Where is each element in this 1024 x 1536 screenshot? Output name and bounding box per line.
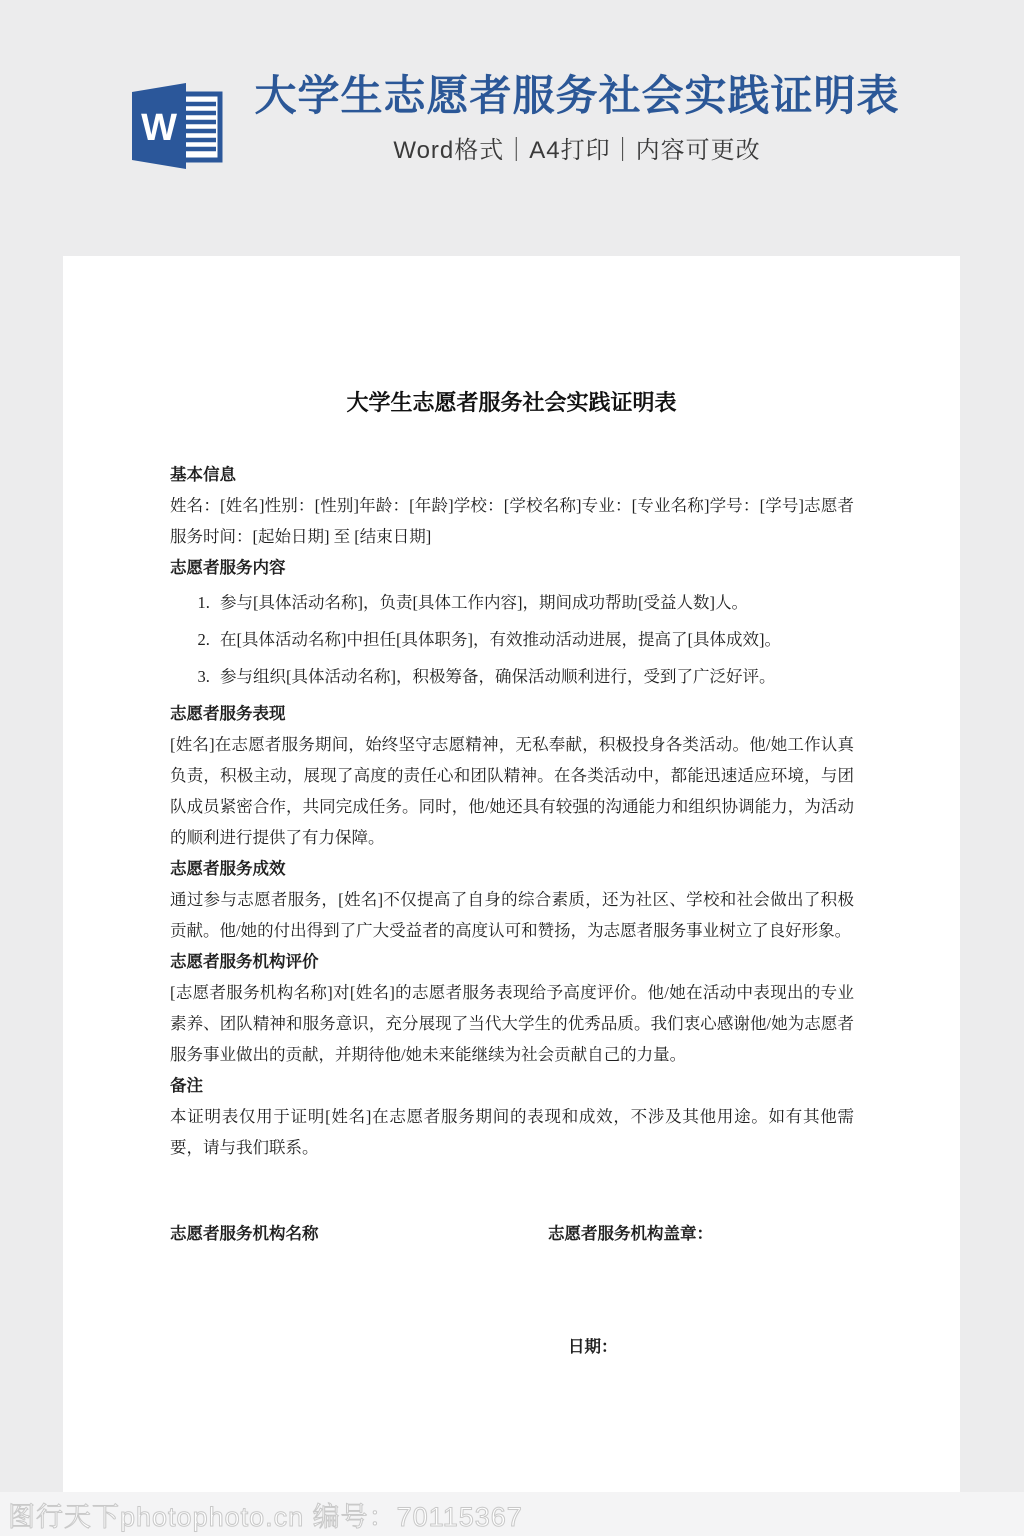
date-label: 日期： [568,1337,618,1356]
section-paragraph: [志愿者服务机构名称]对[姓名]的志愿者服务表现给予高度评价。他/她在活动中表现… [170,977,854,1070]
footer-bar: 图行天下photophoto.cn 编号：70115367 [0,1492,1024,1536]
section-paragraph: 姓名：[姓名]性别：[性别]年龄：[年龄]学校：[学校名称]专业：[专业名称]学… [170,490,854,552]
watermark-text: 图行天下photophoto.cn 编号：70115367 [8,1495,523,1534]
section-heading: 基本信息 [170,459,854,490]
section-heading: 志愿者服务表现 [170,698,854,729]
section-paragraph: [姓名]在志愿者服务期间，始终坚守志愿精神，无私奉献，积极投身各类活动。他/她工… [170,729,854,853]
section-paragraph: 本证明表仅用于证明[姓名]在志愿者服务期间的表现和成效，不涉及其他用途。如有其他… [170,1101,854,1163]
document-content: 基本信息姓名：[姓名]性别：[性别]年龄：[年龄]学校：[学校名称]专业：[专业… [170,459,854,1362]
section-heading: 备注 [170,1070,854,1101]
section-heading: 志愿者服务内容 [170,552,854,583]
word-icon: W [124,78,226,174]
list-item: 参与[具体活动名称]，负责[具体工作内容]，期间成功帮助[受益人数]人。 [214,587,854,618]
header-text: 大学生志愿者服务社会实践证明表 Word格式｜A4打印｜内容可更改 [254,72,899,165]
org-name-label: 志愿者服务机构名称 [170,1224,319,1243]
section-heading: 志愿者服务机构评价 [170,946,854,977]
doc-sections: 基本信息姓名：[姓名]性别：[性别]年龄：[年龄]学校：[学校名称]专业：[专业… [170,459,854,1163]
header-subtitle: Word格式｜A4打印｜内容可更改 [393,130,760,165]
date-row: 日期： [170,1331,854,1362]
document-page: 大学生志愿者服务社会实践证明表 基本信息姓名：[姓名]性别：[性别]年龄：[年龄… [63,256,960,1492]
list-item: 参与组织[具体活动名称]，积极筹备，确保活动顺利进行，受到了广泛好评。 [214,661,854,692]
document-title: 大学生志愿者服务社会实践证明表 [63,256,960,417]
list-item: 在[具体活动名称]中担任[具体职务]，有效推动活动进展，提高了[具体成效]。 [214,624,854,655]
seal-label: 志愿者服务机构盖章： [548,1218,713,1249]
header: W 大学生志愿者服务社会实践证明表 Word格式｜A4打印｜内容可更改 [0,72,1024,174]
signature-row: 志愿者服务机构名称 志愿者服务机构盖章： [170,1218,854,1249]
word-icon-letter: W [142,107,178,149]
section-paragraph: 通过参与志愿者服务，[姓名]不仅提高了自身的综合素质，还为社区、学校和社会做出了… [170,884,854,946]
section-list: 参与[具体活动名称]，负责[具体工作内容]，期间成功帮助[受益人数]人。在[具体… [170,587,854,692]
section-heading: 志愿者服务成效 [170,853,854,884]
header-title: 大学生志愿者服务社会实践证明表 [254,72,899,120]
